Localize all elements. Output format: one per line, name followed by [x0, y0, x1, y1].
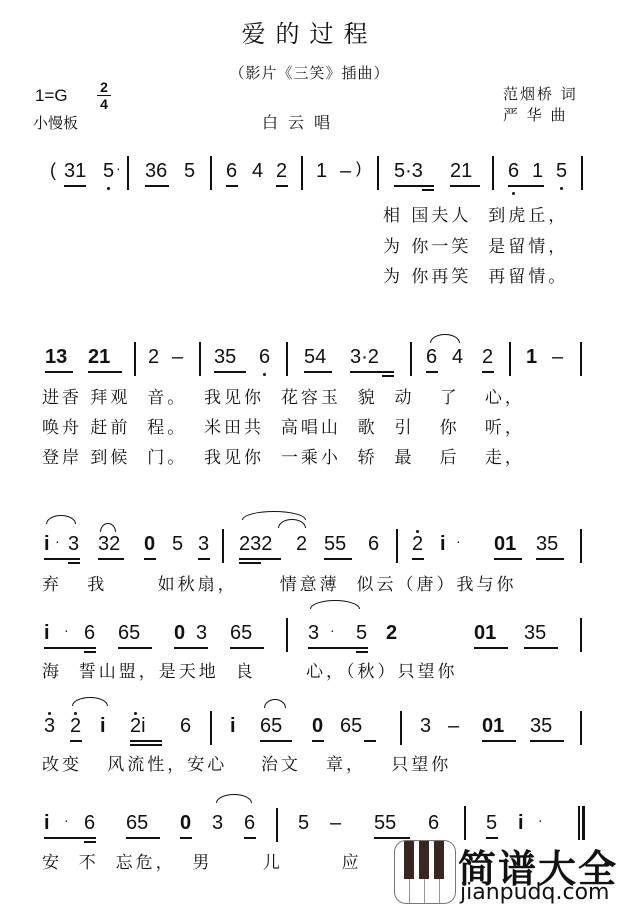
singer-credit: 白云唱 [262, 110, 340, 133]
lyric-line: 安 不 忘危， 男 儿 应 [42, 848, 362, 873]
notation-row-2: 13 21 2– 35 6 54 3·2 6 4 2 1– [0, 346, 619, 376]
time-signature: 2 4 [97, 80, 111, 111]
notation-row-3: i·3 32 0 5 3 232 2 55 6 2 i· 01 35 [0, 533, 619, 563]
notation-row-1: ( 31 5· 36 5 6 4 2 1 – ) 5·3 21 6 1 5 [0, 160, 619, 190]
lyric-line: 改变 风流性，安心 治文 章， 只望你 [42, 750, 451, 775]
lyric-line: 弃 我 如秋扇， 情意薄 似云（唐）我与你 [42, 570, 516, 595]
piano-icon [394, 840, 456, 904]
composer-credit: 严 华 曲 [503, 105, 578, 126]
song-subtitle: （影片《三笑》插曲） [0, 62, 619, 83]
credits: 范烟桥 词 严 华 曲 [503, 84, 578, 126]
lyricist-credit: 范烟桥 词 [503, 84, 578, 105]
time-denominator: 4 [100, 96, 108, 112]
lyric-verse-1: 进香 拜观 音。 我见你 花容玉 貌 动 了 心， [42, 383, 525, 408]
watermark-logo: 简谱大全 jianpudq.com [394, 838, 619, 907]
lyric-line: 海 誓山盟，是天地 良 心，（秋）只望你 [42, 657, 458, 682]
lyric-verse-3: 为 你再笑 再留情。 [383, 262, 568, 287]
lyric-verse-3: 登岸 到候 门。 我见你 一乘小 轿 最 后 走， [42, 443, 525, 468]
key-signature: 1=G [35, 86, 68, 106]
watermark-url: jianpudq.com [460, 880, 609, 905]
lyric-verse-2: 唤舟 赶前 程。 米田共 高唱山 歌 引 你 听， [42, 413, 525, 438]
song-title: 爱的过程 [0, 14, 619, 49]
lyric-verse-2: 为 你一笑 是留情， [383, 232, 568, 257]
lyric-verse-1: 相 国夫人 到虎丘， [383, 201, 568, 226]
notation-row-5: 3 2 i 2i 6 i 65 0 65 3– 01 35 [0, 715, 619, 745]
notation-row-4: i·6 65 03 65 3·5 2 01 35 [0, 622, 619, 652]
time-numerator: 2 [100, 79, 108, 95]
tempo-marking: 小慢板 [33, 112, 78, 133]
